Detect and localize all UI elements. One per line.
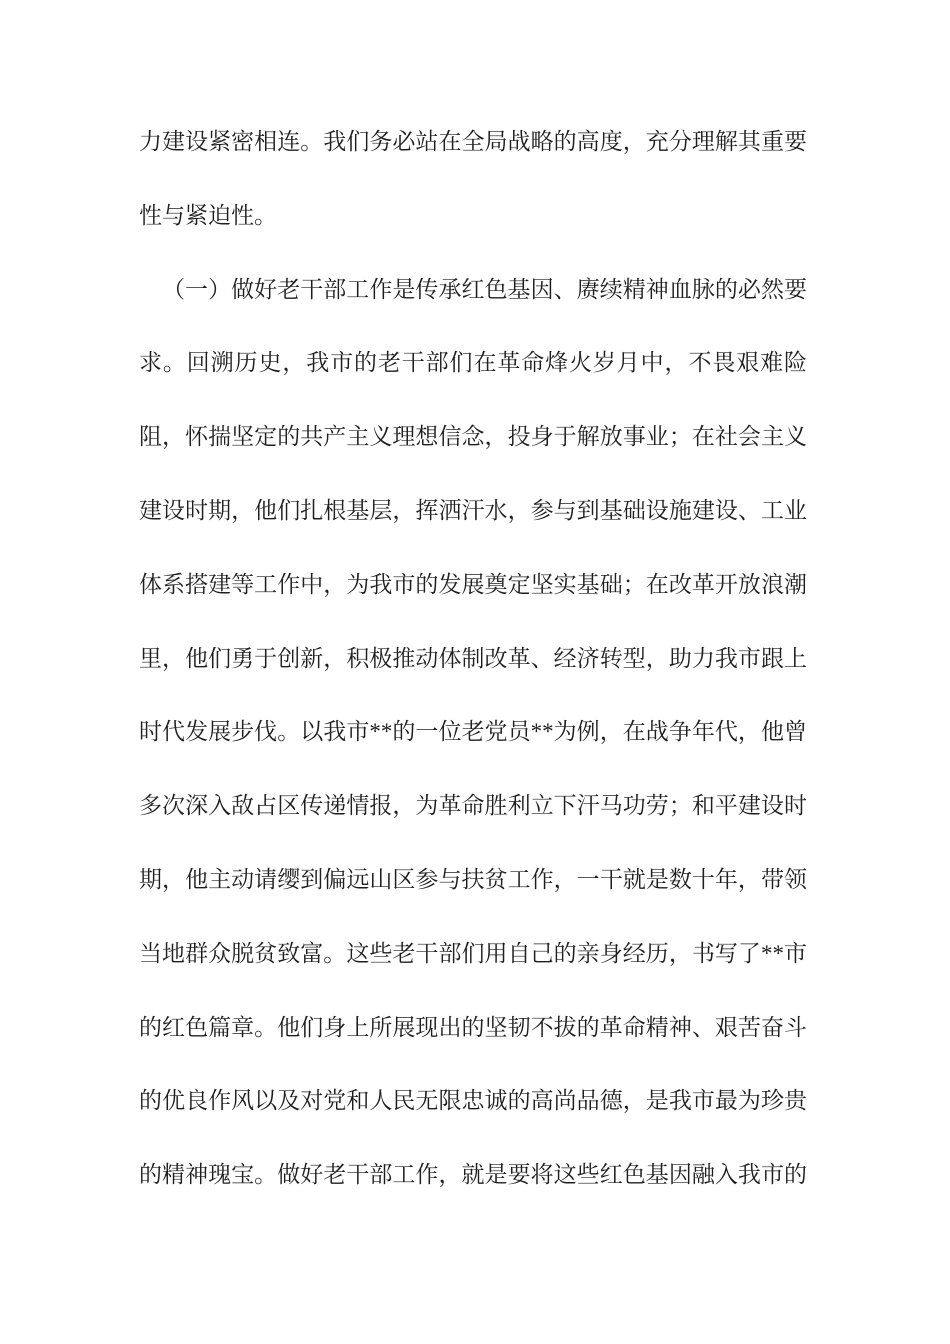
text-line: 求。回溯历史，我市的老干部们在革命烽火岁月中，不畏艰难险 — [139, 326, 807, 400]
text-line: 阻，怀揣坚定的共产主义理想信念，投身于解放事业；在社会主义 — [139, 400, 807, 474]
text-line: 性与紧迫性。 — [139, 179, 807, 253]
text-line: 多次深入敌占区传递情报，为革命胜利立下汗马功劳；和平建设时 — [139, 769, 807, 843]
document-page: 力建设紧密相连。我们务必站在全局战略的高度，充分理解其重要 性与紧迫性。 （一）… — [0, 0, 950, 1344]
text-line: 里，他们勇于创新，积极推动体制改革、经济转型，助力我市跟上 — [139, 622, 807, 696]
text-line: 期，他主动请缨到偏远山区参与扶贫工作，一干就是数十年，带领 — [139, 843, 807, 917]
text-line: 的优良作风以及对党和人民无限忠诚的高尚品德，是我市最为珍贵 — [139, 1064, 807, 1138]
text-line: 力建设紧密相连。我们务必站在全局战略的高度，充分理解其重要 — [139, 105, 807, 179]
text-line: 的精神瑰宝。做好老干部工作，就是要将这些红色基因融入我市的 — [139, 1138, 807, 1212]
text-line: 的红色篇章。他们身上所展现出的坚韧不拔的革命精神、艰苦奋斗 — [139, 991, 807, 1065]
section-heading-line: （一）做好老干部工作是传承红色基因、赓续精神血脉的必然要 — [139, 253, 807, 327]
text-line: 体系搭建等工作中，为我市的发展奠定坚实基础；在改革开放浪潮 — [139, 548, 807, 622]
text-line: 时代发展步伐。以我市**的一位老党员**为例，在战争年代，他曾 — [139, 695, 807, 769]
text-line: 建设时期，他们扎根基层，挥洒汗水，参与到基础设施建设、工业 — [139, 474, 807, 548]
document-text-block: 力建设紧密相连。我们务必站在全局战略的高度，充分理解其重要 性与紧迫性。 （一）… — [139, 105, 807, 1212]
text-line: 当地群众脱贫致富。这些老干部们用自己的亲身经历，书写了**市 — [139, 917, 807, 991]
